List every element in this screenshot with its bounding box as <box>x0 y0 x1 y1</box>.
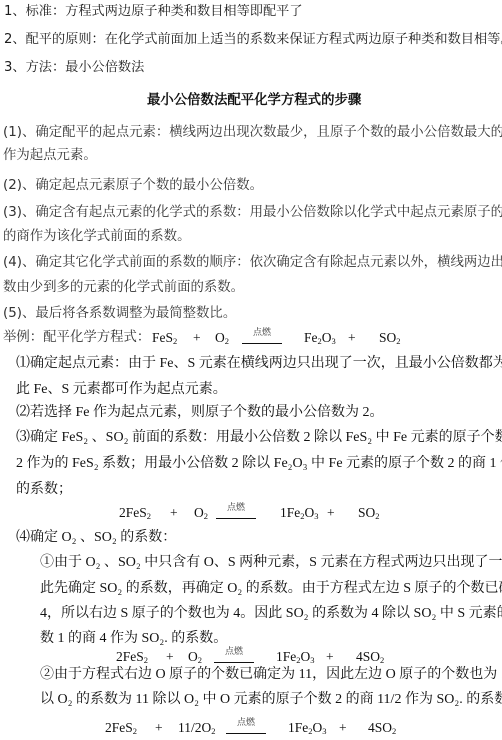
principle-line: 2、配平的原则：在化学式前面加上适当的系数来保证方程式两边原子种类和数目相等。 <box>4 30 502 50</box>
solution-4a-line-2: 此先确定 SO₂ 的系数，再确定 O₂ 的系数。由于方程式左边 S 原子的个数已… <box>40 579 502 599</box>
solution-1-line-2: 此 Fe、S 元素都可作为起点元素。 <box>16 380 227 400</box>
step-4-line-1: (4)、确定其它化学式前面的系数的顺序：依次确定含有除起点元素以外，横线两边出现… <box>3 253 502 273</box>
step-1-line-2: 作为起点元素。 <box>3 146 97 166</box>
step-1-line-1: (1)、确定配平的起点元素：横线两边出现次数最少，且原子个数的最小公倍数最大的元… <box>3 123 502 143</box>
solution-4a-line-1: ①由于 O₂ 、SO₂ 中只含有 O、S 两种元素，S 元素在方程式两边只出现了… <box>40 553 502 573</box>
step-3-line-2: 的商作为该化学式前面的系数。 <box>3 227 190 247</box>
step-5-line-1: (5)、最后将各系数调整为最简整数比。 <box>3 304 236 324</box>
equation-step-4b: 2FeS2 + 11/2O2 点燃 1Fe2O3 + 4SO2 <box>0 717 502 739</box>
solution-4-line-1: ⑷确定 O₂ 、SO₂ 的系数： <box>16 528 176 548</box>
solution-3-line-3: 的系数； <box>16 480 72 500</box>
step-4-line-2: 数由少到多的元素的化学式前面的系数。 <box>3 278 244 298</box>
solution-4b-line-2: 以 O₂ 的系数为 11 除以 O₂ 中 O 元素的原子个数 2 的商 11/2… <box>40 690 502 710</box>
section-title: 最小公倍数法配平化学方程式的步骤 <box>147 91 361 111</box>
solution-3-line-2: 2 作为的 FeS₂ 系数；用最小公倍数 2 除以 Fe₂O₃ 中 Fe 元素的… <box>16 454 502 474</box>
standard-line: 1、标准：方程式两边原子种类和数目相等即配平了 <box>4 2 303 22</box>
example-equation: FeS2 + O2 点燃 Fe2O3 + SO2 <box>0 327 502 349</box>
step-3-line-1: (3)、确定含有起点元素的化学式的系数：用最小公倍数除以化学式中起点元素原子的个… <box>3 203 502 223</box>
reaction-condition: 点燃 <box>226 717 266 734</box>
solution-4b-line-1: ②由于方程式右边 O 原子的个数已确定为 11，因此左边 O 原子的个数也为 1… <box>40 665 502 685</box>
solution-3-line-1: ⑶确定 FeS₂ 、SO₂ 前面的系数：用最小公倍数 2 除以 FeS₂ 中 F… <box>16 428 502 448</box>
reaction-condition: 点燃 <box>214 646 254 663</box>
solution-2-line-1: ⑵若选择 Fe 作为起点元素，则原子个数的最小公倍数为 2。 <box>16 403 384 423</box>
step-2-line-1: (2)、确定起点元素原子个数的最小公倍数。 <box>3 176 263 196</box>
method-line: 3、方法：最小公倍数法 <box>4 58 144 78</box>
solution-1-line-1: ⑴确定起点元素：由于 Fe、S 元素在横线两边只出现了一次，且最小公倍数都为 2… <box>16 354 502 374</box>
reaction-condition: 点燃 <box>216 502 256 519</box>
solution-4a-line-3: 4，所以右边 S 原子的个数也为 4。因此 SO₂ 的系数为 4 除以 SO₂ … <box>40 604 502 624</box>
equation-step-3: 2FeS2 + O2 点燃 1Fe2O3 + SO2 <box>0 502 502 524</box>
reaction-condition: 点燃 <box>242 327 282 344</box>
